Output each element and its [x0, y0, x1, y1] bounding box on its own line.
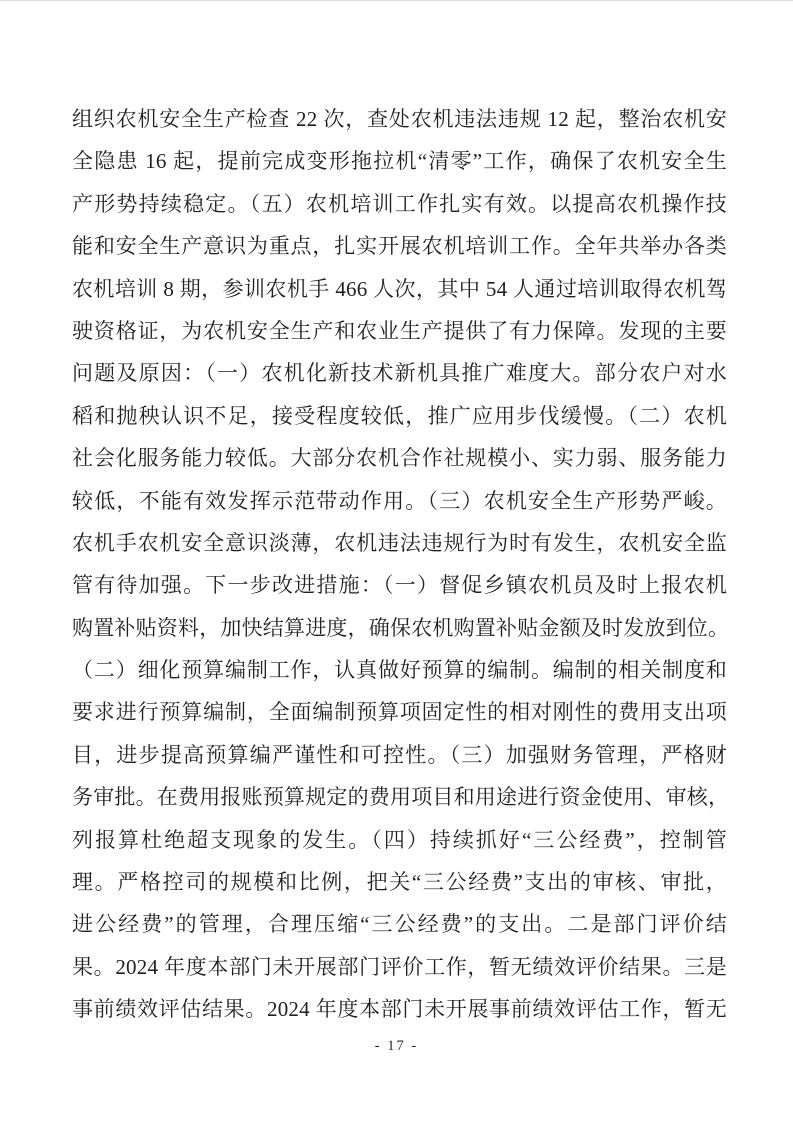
text-line: 事前绩效评估结果。2024 年度本部门未开展事前绩效评估工作，暂无: [72, 988, 727, 1030]
document-body: 组织农机安全生产检查 22 次，查处农机违法违规 12 起，整治农机安 全隐患 …: [72, 98, 727, 1031]
text-line: 问题及原因：（一）农机化新技术新机具推广难度大。部分农户对水: [72, 352, 727, 394]
text-line: 组织农机安全生产检查 22 次，查处农机违法违规 12 起，整治农机安: [72, 98, 727, 140]
text-line: 列报算杜绝超支现象的发生。（四）持续抓好“三公经费”，控制管: [72, 819, 727, 861]
text-line: 目，进步提高预算编严谨性和可控性。（三）加强财务管理，严格财: [72, 734, 727, 776]
text-line: 购置补贴资料，加快结算进度，确保农机购置补贴金额及时发放到位。: [72, 607, 727, 649]
text-line: 全隐患 16 起，提前完成变形拖拉机“清零”工作，确保了农机安全生: [72, 140, 727, 182]
text-line: 农机手农机安全意识淡薄，农机违法违规行为时有发生，农机安全监: [72, 522, 727, 564]
document-page: 组织农机安全生产检查 22 次，查处农机违法违规 12 起，整治农机安 全隐患 …: [0, 0, 793, 1122]
text-line: 稻和抛秧认识不足，接受程度较低，推广应用步伐缓慢。（二）农机: [72, 395, 727, 437]
text-line: 管有待加强。下一步改进措施：（一）督促乡镇农机员及时上报农机: [72, 564, 727, 606]
page-number: - 17 -: [375, 1038, 418, 1055]
text-line: 产形势持续稳定。（五）农机培训工作扎实有效。以提高农机操作技: [72, 183, 727, 225]
text-line: 驶资格证，为农机安全生产和农业生产提供了有力保障。发现的主要: [72, 310, 727, 352]
text-line: （二）细化预算编制工作，认真做好预算的编制。编制的相关制度和: [72, 649, 727, 691]
text-line: 要求进行预算编制，全面编制预算项固定性的相对刚性的费用支出项: [72, 691, 727, 733]
text-line: 理。严格控司的规模和比例，把关“三公经费”支出的审核、审批，: [72, 861, 727, 903]
text-line: 进公经费”的管理，合理压缩“三公经费”的支出。二是部门评价结: [72, 903, 727, 945]
text-line: 农机培训 8 期，参训农机手 466 人次，其中 54 人通过培训取得农机驾: [72, 268, 727, 310]
text-line: 务审批。在费用报账预算规定的费用项目和用途进行资金使用、审核，: [72, 776, 727, 818]
text-line: 果。2024 年度本部门未开展部门评价工作，暂无绩效评价结果。三是: [72, 946, 727, 988]
text-line: 较低，不能有效发挥示范带动作用。（三）农机安全生产形势严峻。: [72, 480, 727, 522]
text-line: 能和安全生产意识为重点，扎实开展农机培训工作。全年共举办各类: [72, 225, 727, 267]
page-footer: - 17 -: [0, 1037, 793, 1055]
text-line: 社会化服务能力较低。大部分农机合作社规模小、实力弱、服务能力: [72, 437, 727, 479]
